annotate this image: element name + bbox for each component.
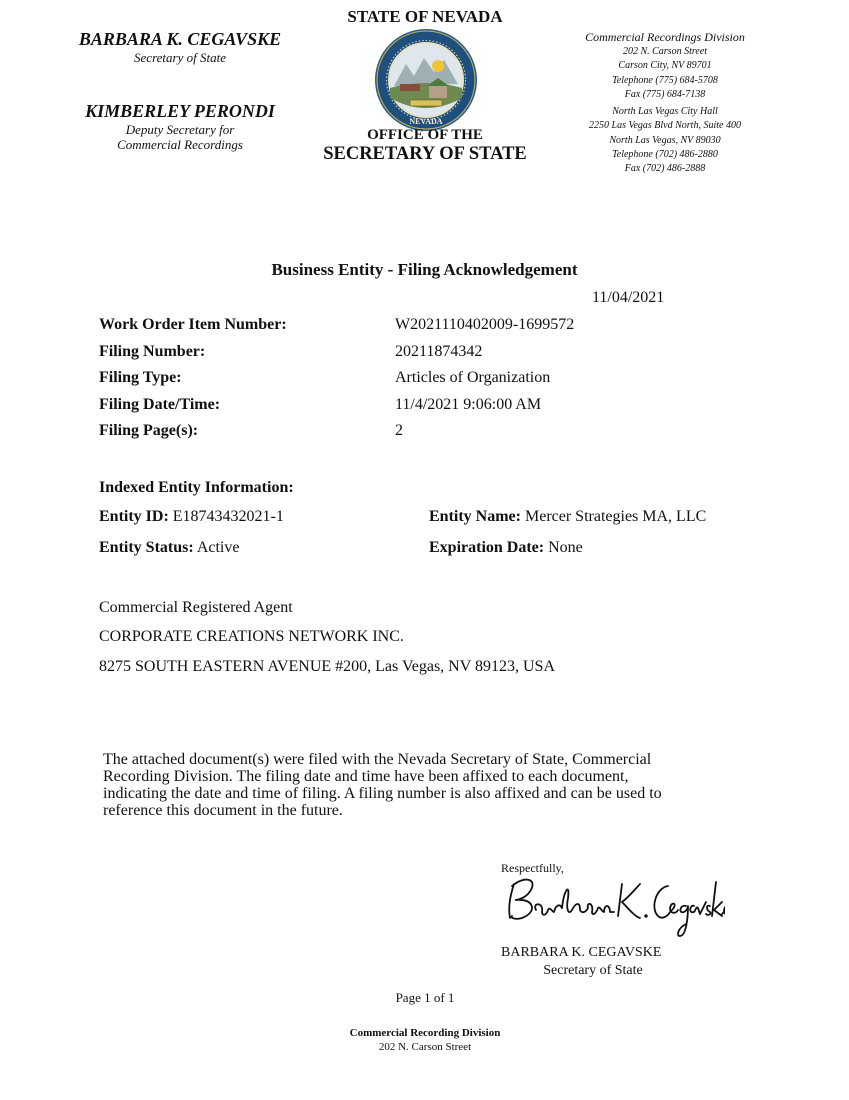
lv-city-line: North Las Vegas, NV 89030 (560, 134, 770, 148)
entity-status-label: Entity Status: (99, 539, 194, 556)
field-value-work-order: W2021110402009-1699572 (395, 316, 574, 334)
deputy-block: KIMBERLEY PERONDI Deputy Secretary for C… (60, 101, 300, 152)
field-value-filing-number: 20211874342 (395, 343, 482, 361)
carson-phone: Telephone (775) 684-5708 (560, 74, 770, 88)
document-date: 11/04/2021 (592, 289, 664, 307)
page-number: Page 1 of 1 (320, 990, 530, 1006)
entity-status-value: Active (197, 539, 240, 556)
paragraph-line: reference this document in the future. (103, 802, 743, 819)
document-title: Business Entity - Filing Acknowledgement (0, 260, 849, 280)
signatory-title: Secretary of State (501, 963, 685, 979)
footer-address: 202 N. Carson Street (300, 1041, 550, 1053)
field-value-filing-datetime: 11/4/2021 9:06:00 AM (395, 396, 541, 414)
deputy-title-line2: Commercial Recordings (60, 137, 300, 152)
agent-address: 8275 SOUTH EASTERN AVENUE #200, Las Vega… (99, 658, 555, 676)
deputy-name: KIMBERLEY PERONDI (60, 101, 300, 122)
field-value-filing-type: Articles of Organization (395, 369, 550, 387)
contact-block: Commercial Recordings Division 202 N. Ca… (560, 30, 770, 177)
entity-id-value: E18743432021-1 (173, 508, 284, 525)
handwritten-signature (500, 872, 725, 942)
field-label-filing-pages: Filing Page(s): (99, 422, 198, 440)
svg-text:NEVADA: NEVADA (409, 117, 442, 126)
filing-notice-paragraph: The attached document(s) were filed with… (103, 751, 743, 819)
carson-address-line: 202 N. Carson Street (560, 45, 770, 59)
indexed-entity-heading: Indexed Entity Information: (99, 479, 294, 497)
deputy-title-line1: Deputy Secretary for (60, 122, 300, 137)
agent-name: CORPORATE CREATIONS NETWORK INC. (99, 628, 404, 646)
field-label-filing-number: Filing Number: (99, 343, 205, 361)
carson-city-line: Carson City, NV 89701 (560, 59, 770, 73)
paragraph-line: The attached document(s) were filed with… (103, 751, 743, 768)
lv-office-name: North Las Vegas City Hall (560, 105, 770, 119)
office-title-line1: OFFICE OF THE (320, 127, 530, 144)
lv-address-line: 2250 Las Vegas Blvd North, Suite 400 (560, 119, 770, 133)
footer-division: Commercial Recording Division (300, 1027, 550, 1039)
expiration-label: Expiration Date: (429, 539, 544, 556)
carson-fax: Fax (775) 684-7138 (560, 88, 770, 102)
secretary-block: BARBARA K. CEGAVSKE Secretary of State (60, 29, 300, 65)
secretary-name: BARBARA K. CEGAVSKE (60, 29, 300, 50)
entity-id-label: Entity ID: (99, 508, 169, 525)
expiration-value: None (548, 539, 583, 556)
field-label-work-order: Work Order Item Number: (99, 316, 287, 334)
entity-status-row: Entity Status: Active (99, 539, 239, 557)
signatory-name: BARBARA K. CEGAVSKE (501, 945, 661, 961)
entity-name-row: Entity Name: Mercer Strategies MA, LLC (429, 508, 706, 526)
office-title-line2: SECRETARY OF STATE (310, 144, 540, 165)
entity-name-value: Mercer Strategies MA, LLC (525, 508, 706, 525)
entity-name-label: Entity Name: (429, 508, 521, 525)
entity-id-row: Entity ID: E18743432021-1 (99, 508, 284, 526)
paragraph-line: Recording Division. The filing date and … (103, 768, 743, 785)
field-label-filing-type: Filing Type: (99, 369, 182, 387)
agent-type: Commercial Registered Agent (99, 599, 293, 617)
nevada-seal-icon: NEVADA (374, 28, 478, 132)
lv-fax: Fax (702) 486-2888 (560, 162, 770, 176)
expiration-row: Expiration Date: None (429, 539, 583, 557)
state-title: STATE OF NEVADA (320, 7, 530, 27)
lv-phone: Telephone (702) 486-2880 (560, 148, 770, 162)
secretary-title: Secretary of State (60, 50, 300, 65)
paragraph-line: indicating the date and time of filing. … (103, 785, 743, 802)
field-label-filing-datetime: Filing Date/Time: (99, 396, 220, 414)
field-value-filing-pages: 2 (395, 422, 403, 440)
division-title: Commercial Recordings Division (560, 30, 770, 45)
